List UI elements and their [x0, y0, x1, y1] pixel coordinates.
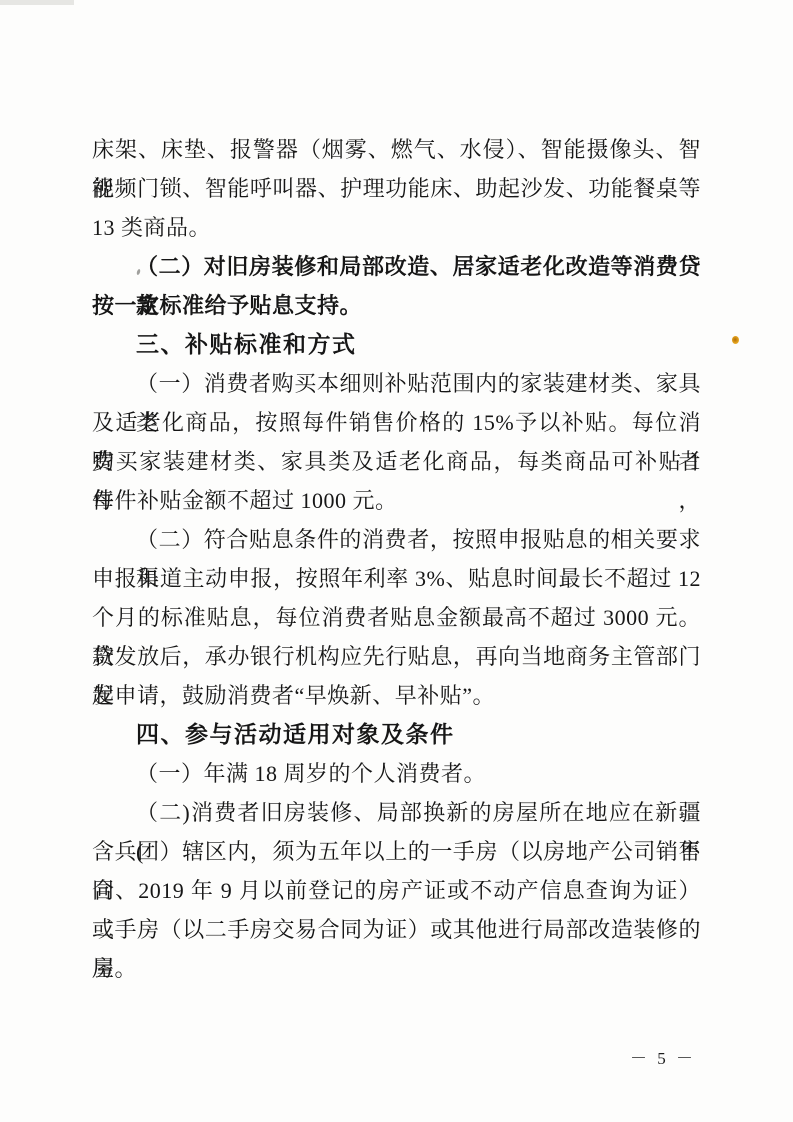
doc-line-19: 含兵团）辖区内，须为五年以上的一手房（以房地产公司销售合: [92, 832, 701, 871]
document-page: 床架、床垫、报警器（烟雾、燃气、水侵）、智能摄像头、智能 视频门锁、智能呼叫器、…: [0, 0, 793, 1122]
doc-line-4: （二）对旧房装修和局部改造、居家适老化改造等消费贷款: [92, 247, 701, 286]
section-heading-3: 三、补贴标准和方式: [92, 325, 701, 364]
scan-artifact-dot: [732, 336, 739, 344]
doc-line-18: （二)消费者旧房装修、局部换新的房屋所在地应在新疆(不: [92, 793, 701, 832]
doc-line-3: 13 类商品。: [92, 208, 701, 247]
page-number: － 5 －: [630, 1044, 696, 1069]
doc-line-13: 个月的标准贴息，每位消费者贴息金额最高不超过 3000 元。贷: [92, 598, 701, 637]
document-body: 床架、床垫、报警器（烟雾、燃气、水侵）、智能摄像头、智能 视频门锁、智能呼叫器、…: [92, 130, 701, 988]
doc-line-20: 同、2019 年 9 月以前登记的房产证或不动产信息查询为证）或: [92, 871, 701, 910]
scan-edge-artifact: [0, 0, 74, 5]
doc-line-14: 款发放后，承办银行机构应先行贴息，再向当地商务主管部门发: [92, 637, 701, 676]
doc-line-1: 床架、床垫、报警器（烟雾、燃气、水侵）、智能摄像头、智能: [92, 130, 701, 169]
doc-line-17: （一）年满 18 周岁的个人消费者。: [92, 754, 701, 793]
doc-line-12: 申报渠道主动申报，按照年利率 3%、贴息时间最长不超过 12: [92, 559, 701, 598]
doc-line-15: 起申请，鼓励消费者“早焕新、早补贴”。: [92, 676, 701, 715]
doc-line-9: 购买家装建材类、家具类及适老化商品，每类商品可补贴 1 件，: [92, 442, 701, 481]
doc-line-2: 视频门锁、智能呼叫器、护理功能床、助起沙发、功能餐桌等: [92, 169, 701, 208]
doc-line-8: 及适老化商品，按照每件销售价格的 15%予以补贴。每位消费者: [92, 403, 701, 442]
doc-line-5: 按一定标准给予贴息支持。: [92, 286, 701, 325]
doc-line-21: 二手房（以二手房交易合同为证）或其他进行局部改造装修的房: [92, 910, 701, 949]
doc-line-11: （二）符合贴息条件的消费者，按照申报贴息的相关要求和: [92, 520, 701, 559]
doc-line-7: （一）消费者购买本细则补贴范围内的家装建材类、家具类: [92, 364, 701, 403]
doc-line-22: 屋。: [92, 949, 701, 988]
section-heading-4: 四、参与活动适用对象及条件: [92, 715, 701, 754]
